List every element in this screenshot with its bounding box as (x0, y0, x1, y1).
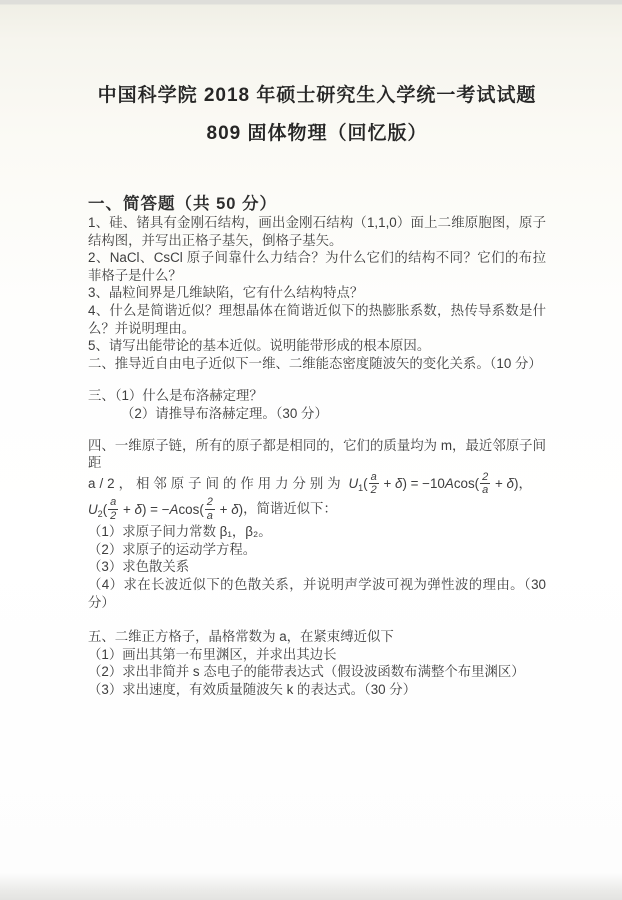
section4-item-1: （1）求原子间力常数 β₁，β₂。 (88, 523, 546, 541)
section5-block: 五、二维正方格子，晶格常数为 a，在紧束缚近似下 （1）画出其第一布里渊区，并求… (88, 628, 546, 698)
u2-potential-formula: U2(a2 + δ) = −Acos(2a + δ) (88, 502, 243, 517)
question-1: 1、硅、锗具有金刚石结构，画出金刚石结构（1,1,0）面上二维原胞图，原子结构图… (88, 214, 546, 249)
section5-item-2: （2）求出非简并 s 态电子的能带表达式（假设波函数布满整个布里渊区） (88, 663, 546, 681)
section4-line2-prefix: a/2，相邻原子间的作用力分别为 (88, 476, 345, 491)
formula1-separator: ， (518, 476, 531, 491)
u1-potential-formula: U1(a2 + δ) = −10Acos(2a + δ) (348, 476, 518, 491)
section5-item-1: （1）画出其第一布里渊区，并求出其边长 (88, 646, 546, 664)
section4-item-2: （2）求原子的运动学方程。 (88, 541, 546, 559)
section4-formula-line1: a/2，相邻原子间的作用力分别为 U1(a2 + δ) = −10Acos(2a… (88, 472, 546, 498)
question-3: 3、晶粒间界是几维缺陷，它有什么结构特点？ (88, 284, 546, 302)
page-content: 中国科学院 2018 年硕士研究生入学统一考试试题 809 固体物理（回忆版） … (88, 0, 546, 699)
scanned-exam-page: 中国科学院 2018 年硕士研究生入学统一考试试题 809 固体物理（回忆版） … (0, 0, 622, 900)
section4-intro: 四、一维原子链，所有的原子都是相同的，它们的质量均为 m，最近邻原子间距 (88, 437, 546, 472)
section4-formula-line2: U2(a2 + δ) = −Acos(2a + δ)，简谐近似下： (88, 497, 546, 523)
section4-block: 四、一维原子链，所有的原子都是相同的，它们的质量均为 m，最近邻原子间距 a/2… (88, 437, 546, 612)
section3-line1: 三、（1）什么是布洛赫定理？ (88, 387, 546, 405)
section4-item-3: （3）求色散关系 (88, 558, 546, 576)
section2-text: 二、推导近自由电子近似下一维、二维能态密度随波矢的变化关系。（10 分） (88, 355, 546, 373)
section3-block: 三、（1）什么是布洛赫定理？ （2）请推导布洛赫定理。（30 分） (88, 387, 546, 422)
section5-item-3: （3）求出速度，有效质量随波矢 k 的表达式。（30 分） (88, 681, 546, 699)
section3-line2: （2）请推导布洛赫定理。（30 分） (88, 405, 546, 423)
page-title: 中国科学院 2018 年硕士研究生入学统一考试试题 (88, 84, 546, 107)
question-5: 5、请写出能带论的基本近似。说明能带形成的根本原因。 (88, 337, 546, 355)
section1-heading: 一、简答题（共 50 分） (88, 190, 546, 214)
section5-intro: 五、二维正方格子，晶格常数为 a，在紧束缚近似下 (88, 628, 546, 646)
page-subtitle: 809 固体物理（回忆版） (88, 122, 546, 145)
section4-item-4: （4）求在长波近似下的色散关系，并说明声学波可视为弹性波的理由。（30 分） (88, 576, 546, 611)
question-2: 2、NaCl、CsCl 原子间靠什么力结合？为什么它们的结构不同？它们的布拉菲格… (88, 249, 546, 284)
question-4: 4、什么是简谐近似？理想晶体在简谐近似下的热膨胀系数，热传导系数是什么？并说明理… (88, 302, 546, 337)
formula2-suffix: ，简谐近似下： (243, 502, 337, 517)
